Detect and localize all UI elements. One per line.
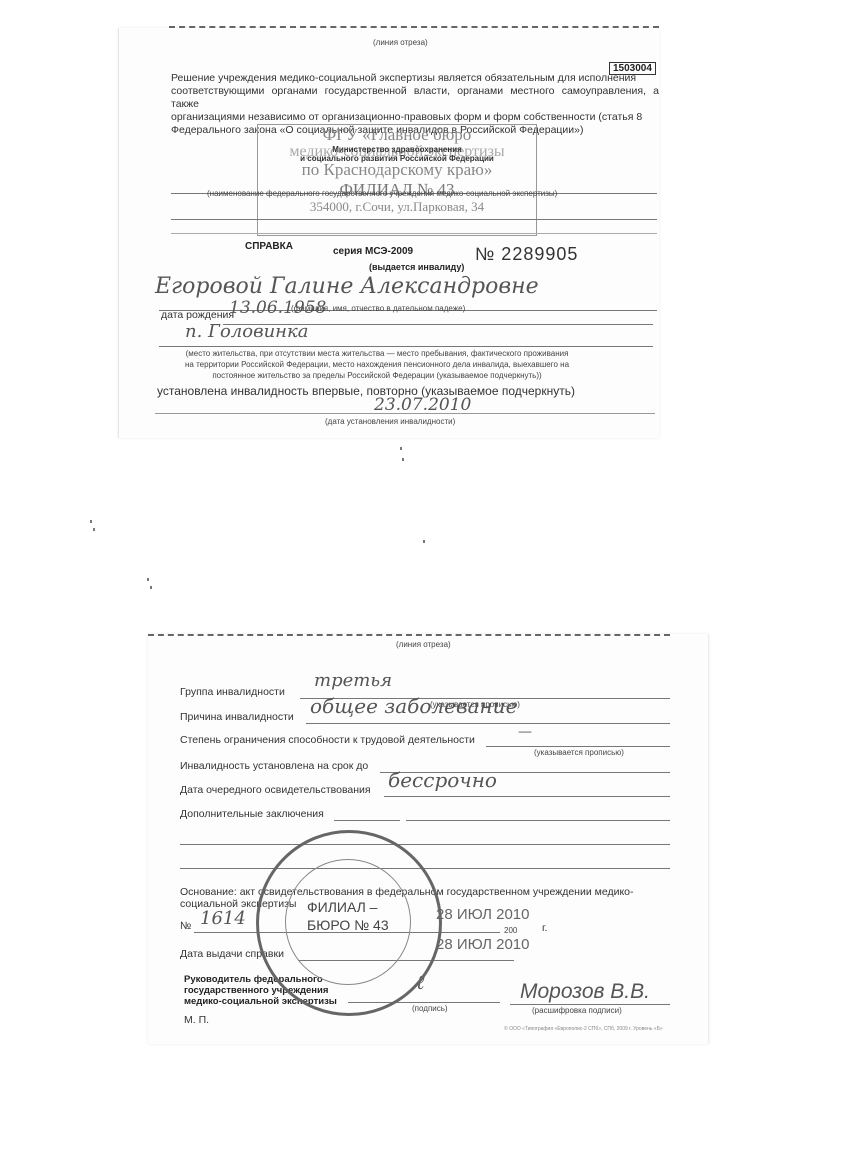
dob-label: дата рождения: [161, 309, 234, 321]
disability-established-label: установлена инвалидность впервые, повтор…: [157, 384, 575, 398]
seal-text: ФИЛИАЛ –: [307, 899, 377, 915]
series-label: серия МСЭ-2009: [333, 246, 413, 257]
residence-value: п. Головинка: [185, 321, 309, 342]
rule: [306, 723, 670, 724]
caption-line: (место жительства, при отсутствии места …: [185, 348, 569, 359]
certificate-bottom-section: (линия отреза) Группа инвалидности треть…: [148, 634, 709, 1044]
signature-decode-caption: (расшифровка подписи): [532, 1006, 622, 1015]
work-limit-caption: (указывается прописью): [534, 748, 624, 757]
issued-to-label: (выдается инвалиду): [369, 262, 464, 272]
established-date-value: 23.07.2010: [374, 395, 471, 415]
scan-speck: [402, 458, 404, 461]
cause-label: Причина инвалидности: [180, 711, 294, 723]
group-label: Группа инвалидности: [180, 686, 285, 698]
certificate-top-section: (линия отреза) 1503004 Решение учреждени…: [118, 28, 659, 438]
act-no-label: №: [180, 920, 191, 932]
rule: [171, 219, 657, 220]
certificate-number: № 2289905: [475, 244, 578, 265]
scan-speck: [147, 578, 149, 581]
signatory-name: Морозов В.В.: [520, 980, 650, 1004]
ministry-line: и социального развития Российской Федера…: [258, 154, 536, 163]
scan-speck: [150, 586, 152, 589]
scan-speck: [93, 528, 95, 531]
signature-caption: (подпись): [412, 1004, 448, 1013]
institution-caption: (наименование федерального государственн…: [207, 189, 557, 198]
cut-line-label: (линия отреза): [396, 640, 451, 649]
cut-line: [148, 634, 670, 636]
established-date-caption: (дата установления инвалидности): [325, 417, 455, 426]
rule: [180, 844, 670, 845]
printer-imprint: © ООО «Типография «Европолис-2 СПб», СПб…: [504, 1026, 663, 1032]
legal-line: соответствующими органами государственно…: [171, 85, 659, 111]
act-date-stamp: 28 ИЮЛ 2010: [436, 906, 530, 923]
seal-text: БЮРО № 43: [307, 917, 389, 933]
caption-line: на территории Российской Федерации, мест…: [185, 359, 569, 370]
group-value: третья: [314, 670, 392, 691]
caption-line: постоянное жительство за пределы Российс…: [185, 370, 569, 381]
work-limit-value: —: [518, 724, 532, 740]
term-label: Инвалидность установлена на срок до: [180, 760, 368, 772]
rule: [406, 820, 670, 821]
year-suffix: 200: [504, 926, 517, 935]
stamp-line: 354000, г.Сочи, ул.Парковая, 34: [258, 200, 536, 214]
stamp-line: ФГУ «Главное бюро: [258, 125, 536, 144]
rule: [334, 820, 400, 821]
extra-label: Дополнительные заключения: [180, 808, 324, 820]
rule: [155, 413, 655, 414]
rule: [384, 796, 670, 797]
rule: [159, 346, 653, 347]
scan-speck: [90, 520, 92, 523]
ministry-line: Министерство здравоохранения: [258, 145, 536, 154]
dob-value: 13.06.1958: [229, 298, 326, 318]
cut-line-label: (линия отреза): [373, 38, 428, 47]
certificate-label: СПРАВКА: [245, 241, 293, 252]
scan-speck: [423, 540, 425, 543]
cause-value: общее заболевание: [310, 694, 517, 718]
legal-line: организациями независимо от организацион…: [171, 111, 659, 124]
year-g: г.: [542, 922, 547, 934]
cut-line: [169, 26, 659, 28]
scan-speck: [400, 447, 402, 450]
holder-name-handwritten: Егоровой Галине Александровне: [155, 274, 539, 299]
rule: [486, 746, 670, 747]
reexam-value: бессрочно: [388, 768, 497, 792]
reexam-label: Дата очередного освидетельствования: [180, 784, 371, 796]
round-seal: ФИЛИАЛ – БЮРО № 43: [256, 830, 442, 1016]
stamp-line: по Краснодарскому краю»: [258, 160, 536, 180]
work-limit-label: Степень ограничения способности к трудов…: [180, 734, 475, 746]
mp-label: М. П.: [184, 1014, 209, 1026]
residence-caption: (место жительства, при отсутствии места …: [185, 348, 569, 381]
issue-date-stamp: 28 ИЮЛ 2010: [436, 936, 530, 953]
rule: [510, 1004, 670, 1005]
legal-line: Решение учреждения медико-социальной экс…: [171, 72, 659, 85]
act-no-value: 1614: [200, 908, 246, 929]
rule: [171, 233, 657, 234]
